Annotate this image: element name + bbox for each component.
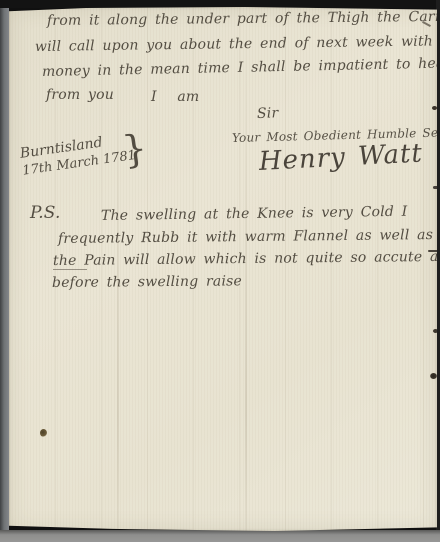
postscript-label: P.S. [30, 203, 61, 223]
signature-henry-watt: Henry Watt [258, 138, 423, 177]
handwritten-line-2: will call upon you about the end of next… [35, 33, 433, 55]
postscript-line-2: frequently Rubb it with warm Flannel as … [58, 227, 433, 247]
fold-line [245, 7, 247, 531]
handwritten-line-4: from you [46, 87, 114, 103]
date-brace: } [120, 125, 150, 172]
postscript-line-3: the Pain will allow which is not quite s… [53, 249, 440, 269]
salutation-sir: Sir [257, 105, 279, 122]
postscript-line-4: before the swelling raise [52, 273, 242, 291]
postscript-line-1: The swelling at the Knee is very Cold I [101, 204, 408, 224]
ink-blot [430, 373, 437, 379]
letter-scan: from it along the under part of the Thig… [0, 0, 440, 542]
dateline-block: Burntisland 17th March 1781 } [19, 130, 137, 179]
pen-stroke [53, 269, 87, 270]
letter-page: from it along the under part of the Thig… [9, 7, 437, 531]
backdrop-left-edge [0, 0, 9, 542]
i-am-text: I am [151, 89, 199, 105]
ink-blot [432, 106, 437, 110]
backdrop-top-edge [0, 0, 440, 8]
backdrop-bottom-edge [0, 530, 440, 542]
handwritten-line-1: from it along the under part of the Thig… [47, 9, 440, 29]
ink-blot [40, 429, 47, 437]
fold-line [117, 7, 119, 531]
handwritten-line-3: money in the mean time I shall be impati… [42, 55, 440, 80]
ink-blot [428, 250, 438, 252]
